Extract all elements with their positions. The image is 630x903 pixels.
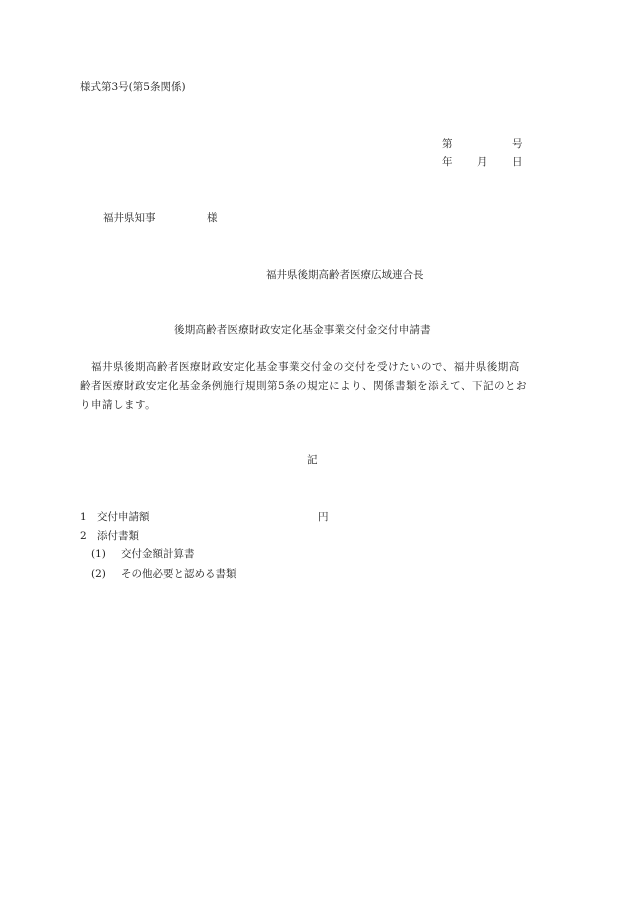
sender-name: 福井県後期高齢者医療広域連合長: [266, 270, 424, 281]
item-number: 2: [80, 531, 87, 542]
item-number: 1: [80, 512, 87, 523]
sub-item-number: (1): [91, 549, 106, 560]
body-line: 齢者医療財政安定化基金条例施行規則第5条の規定により、関係書類を添えて、下記のと…: [80, 377, 552, 396]
body-line: 福井県後期高齢者医療財政安定化基金事業交付金の交付を受けたいので、福井県後期高: [80, 358, 552, 377]
body-line: り申請します。: [80, 396, 552, 415]
addressee-honorific: 様: [207, 213, 218, 224]
body-paragraph: 福井県後期高齢者医療財政安定化基金事業交付金の交付を受けたいので、福井県後期高 …: [80, 358, 552, 415]
sub-item-number: (2): [91, 569, 106, 580]
date-month-label: 月: [477, 157, 488, 168]
document-number-prefix: 第: [442, 139, 453, 150]
ki-heading: 記: [307, 455, 318, 466]
sub-item-label: その他必要と認める書類: [121, 569, 237, 580]
item-label-application-amount: 交付申請額: [97, 512, 150, 523]
document-title: 後期高齢者医療財政安定化基金事業交付金交付申請書: [174, 325, 431, 336]
item-unit-yen: 円: [318, 512, 329, 523]
date-day-label: 日: [512, 157, 523, 168]
item-label-attachments: 添付書類: [97, 531, 139, 542]
addressee-name: 福井県知事: [103, 213, 156, 224]
sub-item-label: 交付金額計算書: [121, 549, 195, 560]
form-number: 様式第3号(第5条関係): [80, 82, 186, 93]
document-number-suffix: 号: [512, 139, 523, 150]
date-year-label: 年: [442, 157, 453, 168]
